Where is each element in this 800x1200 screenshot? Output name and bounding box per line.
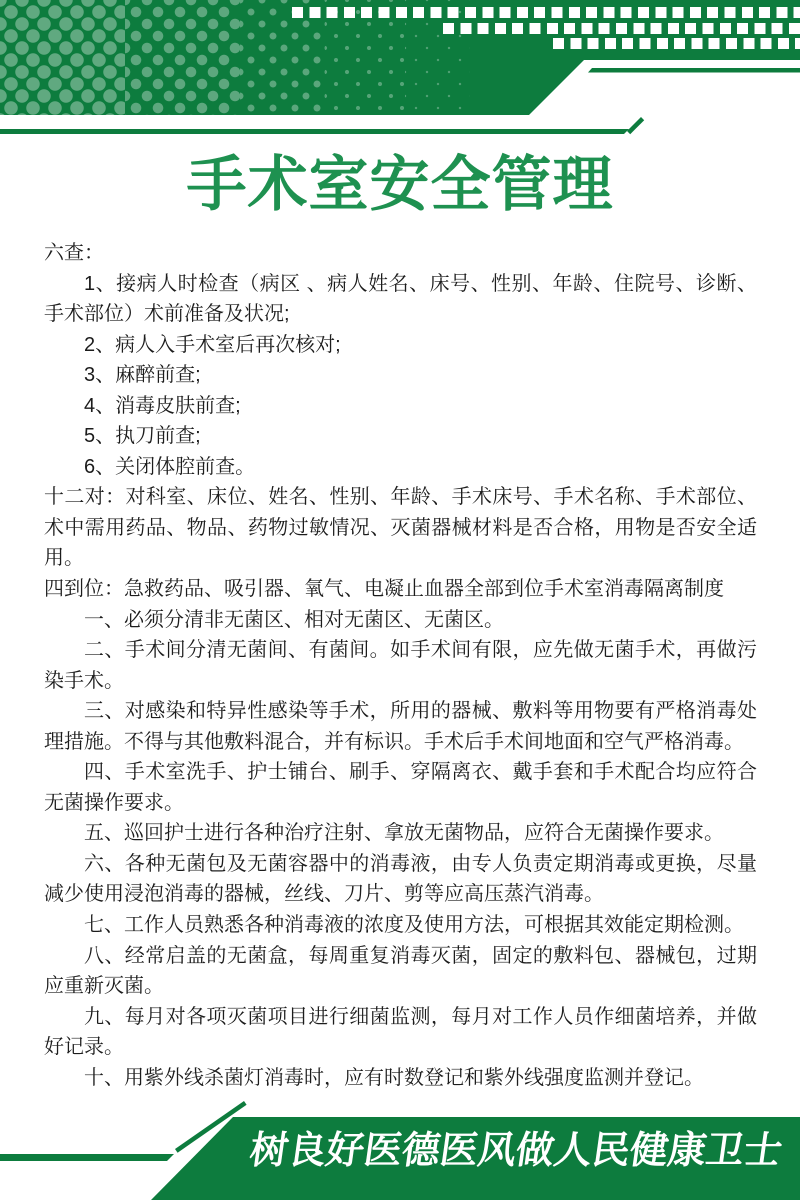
header-accent-line-right — [588, 68, 800, 73]
footer-slogan-right: 做人民健康卫士 — [513, 1126, 786, 1176]
poster-page: 手术室安全管理 六查： 1、接病人时检查（病区 、病人姓名、床号、性别、年龄、住… — [0, 0, 800, 1200]
body-paragraph: 三、对感染和特异性感染等手术，所用的器械、敷料等用物要有严格消毒处理措施。不得与… — [44, 696, 757, 757]
body-paragraph: 一、必须分清非无菌区、相对无菌区、无菌区。 — [44, 605, 757, 636]
header-banner — [0, 0, 800, 115]
body-paragraph: 5、执刀前查; — [44, 421, 757, 452]
body-paragraph: 3、麻醉前查; — [44, 360, 757, 391]
body-paragraph: 九、每月对各项灭菌项目进行细菌监测，每月对工作人员作细菌培养，并做好记录。 — [44, 1002, 757, 1063]
body-paragraph: 八、经常启盖的无菌盒，每周重复消毒灭菌，固定的敷料包、器械包，过期应重新灭菌。 — [44, 941, 757, 1002]
header-accent-tail — [627, 117, 644, 134]
body-paragraph: 十、用紫外线杀菌灯消毒时，应有时数登记和紫外线强度监测并登记。 — [44, 1063, 757, 1094]
footer-slogans: 树良好医德医风 做人民健康卫士 — [246, 1126, 758, 1176]
body-paragraph: 1、接病人时检查（病区 、病人姓名、床号、性别、年龄、住院号、诊断、手术部位）术… — [44, 269, 757, 330]
body-paragraph: 2、病人入手术室后再次核对; — [44, 330, 757, 361]
section-heading-six-checks: 六查： — [44, 238, 757, 269]
body-paragraph: 4、消毒皮肤前查; — [44, 391, 757, 422]
section-twelve-checks: 十二对：对科室、床位、姓名、性别、年龄、手术床号、手术名称、手术部位、术中需用药… — [44, 482, 757, 574]
body-paragraph: 七、工作人员熟悉各种消毒液的浓度及使用方法，可根据其效能定期检测。 — [44, 910, 757, 941]
body-text: 六查： 1、接病人时检查（病区 、病人姓名、床号、性别、年龄、住院号、诊断、手术… — [44, 238, 757, 1093]
poster-title: 手术室安全管理 — [0, 152, 800, 218]
body-paragraph: 五、巡回护士进行各种治疗注射、拿放无菌物品，应符合无菌操作要求。 — [44, 818, 757, 849]
body-paragraph: 六、各种无菌包及无菌容器中的消毒液，由专人负责定期消毒或更换，尽量减少使用浸泡消… — [44, 849, 757, 910]
body-paragraph: 二、手术间分清无菌间、有菌间。如手术间有限，应先做无菌手术，再做污染手术。 — [44, 635, 757, 696]
footer-accent-bar — [0, 1154, 174, 1161]
header-accent-line-bottom — [0, 129, 629, 134]
footer-slogan-left: 树良好医德医风 — [246, 1126, 519, 1176]
section-four-in-place: 四到位：急救药品、吸引器、氧气、电凝止血器全部到位手术室消毒隔离制度 — [44, 574, 757, 605]
body-paragraph: 6、关闭体腔前查。 — [44, 452, 757, 483]
body-paragraph: 四、手术室洗手、护士铺台、刷手、穿隔离衣、戴手套和手术配合均应符合无菌操作要求。 — [44, 757, 757, 818]
